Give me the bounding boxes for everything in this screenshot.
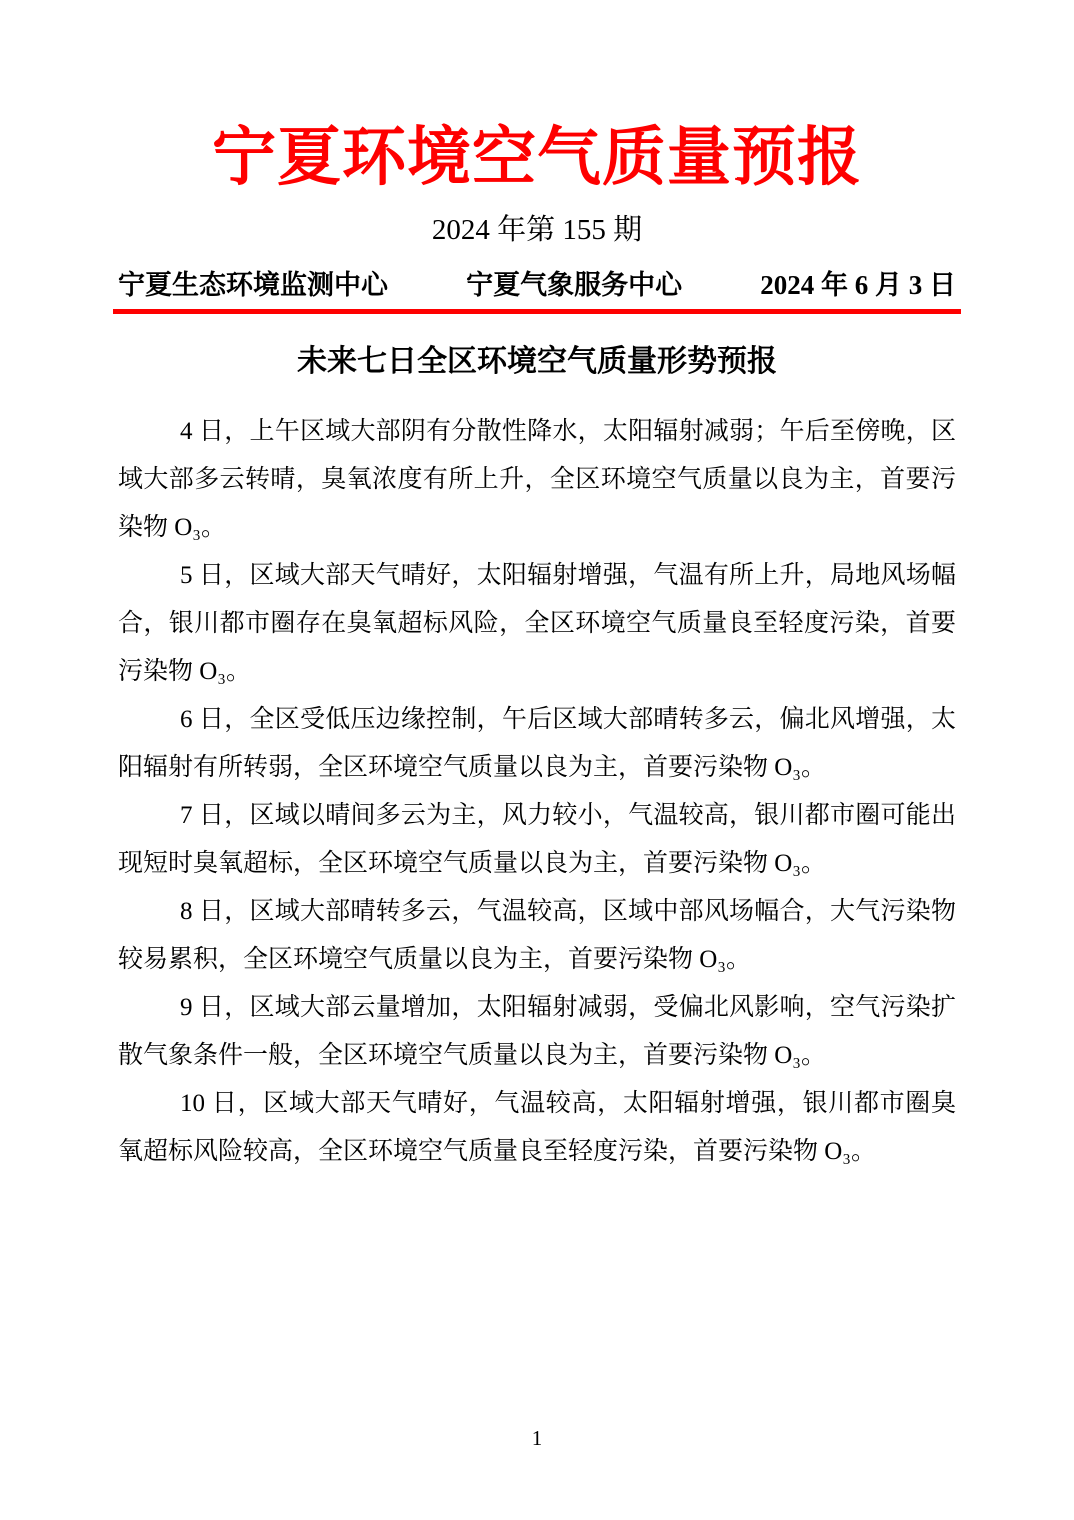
forecast-paragraphs: 4 日，上午区域大部阴有分散性降水，太阳辐射减弱；午后至傍晚，区域大部多云转晴，… bbox=[118, 408, 956, 1176]
masthead-row: 宁夏生态环境监测中心 宁夏气象服务中心 2024 年 6 月 3 日 bbox=[118, 271, 956, 301]
org-left: 宁夏生态环境监测中心 bbox=[118, 271, 388, 301]
red-divider bbox=[113, 309, 961, 314]
org-center: 宁夏气象服务中心 bbox=[466, 271, 682, 301]
page-title: 宁夏环境空气质量预报 bbox=[0, 0, 1074, 192]
forecast-paragraph: 10 日，区域大部天气晴好，气温较高，太阳辐射增强，银川都市圈臭氧超标风险较高，… bbox=[118, 1080, 956, 1176]
issue-number: 2024 年第 155 期 bbox=[0, 215, 1074, 247]
section-title: 未来七日全区环境空气质量形势预报 bbox=[0, 344, 1074, 380]
forecast-paragraph: 4 日，上午区域大部阴有分散性降水，太阳辐射减弱；午后至傍晚，区域大部多云转晴，… bbox=[118, 408, 956, 552]
forecast-paragraph: 7 日，区域以晴间多云为主，风力较小，气温较高，银川都市圈可能出现短时臭氧超标，… bbox=[118, 792, 956, 888]
forecast-paragraph: 5 日，区域大部天气晴好，太阳辐射增强，气温有所上升，局地风场幅合，银川都市圈存… bbox=[118, 552, 956, 696]
forecast-paragraph: 8 日，区域大部晴转多云，气温较高，区域中部风场幅合，大气污染物较易累积，全区环… bbox=[118, 888, 956, 984]
page-number: 1 bbox=[0, 1426, 1074, 1451]
document-page: 宁夏环境空气质量预报 2024 年第 155 期 宁夏生态环境监测中心 宁夏气象… bbox=[0, 0, 1074, 1520]
forecast-paragraph: 9 日，区域大部云量增加，太阳辐射减弱，受偏北风影响，空气污染扩散气象条件一般，… bbox=[118, 984, 956, 1080]
forecast-paragraph: 6 日，全区受低压边缘控制，午后区域大部晴转多云，偏北风增强，太阳辐射有所转弱，… bbox=[118, 696, 956, 792]
issue-date: 2024 年 6 月 3 日 bbox=[760, 271, 956, 301]
